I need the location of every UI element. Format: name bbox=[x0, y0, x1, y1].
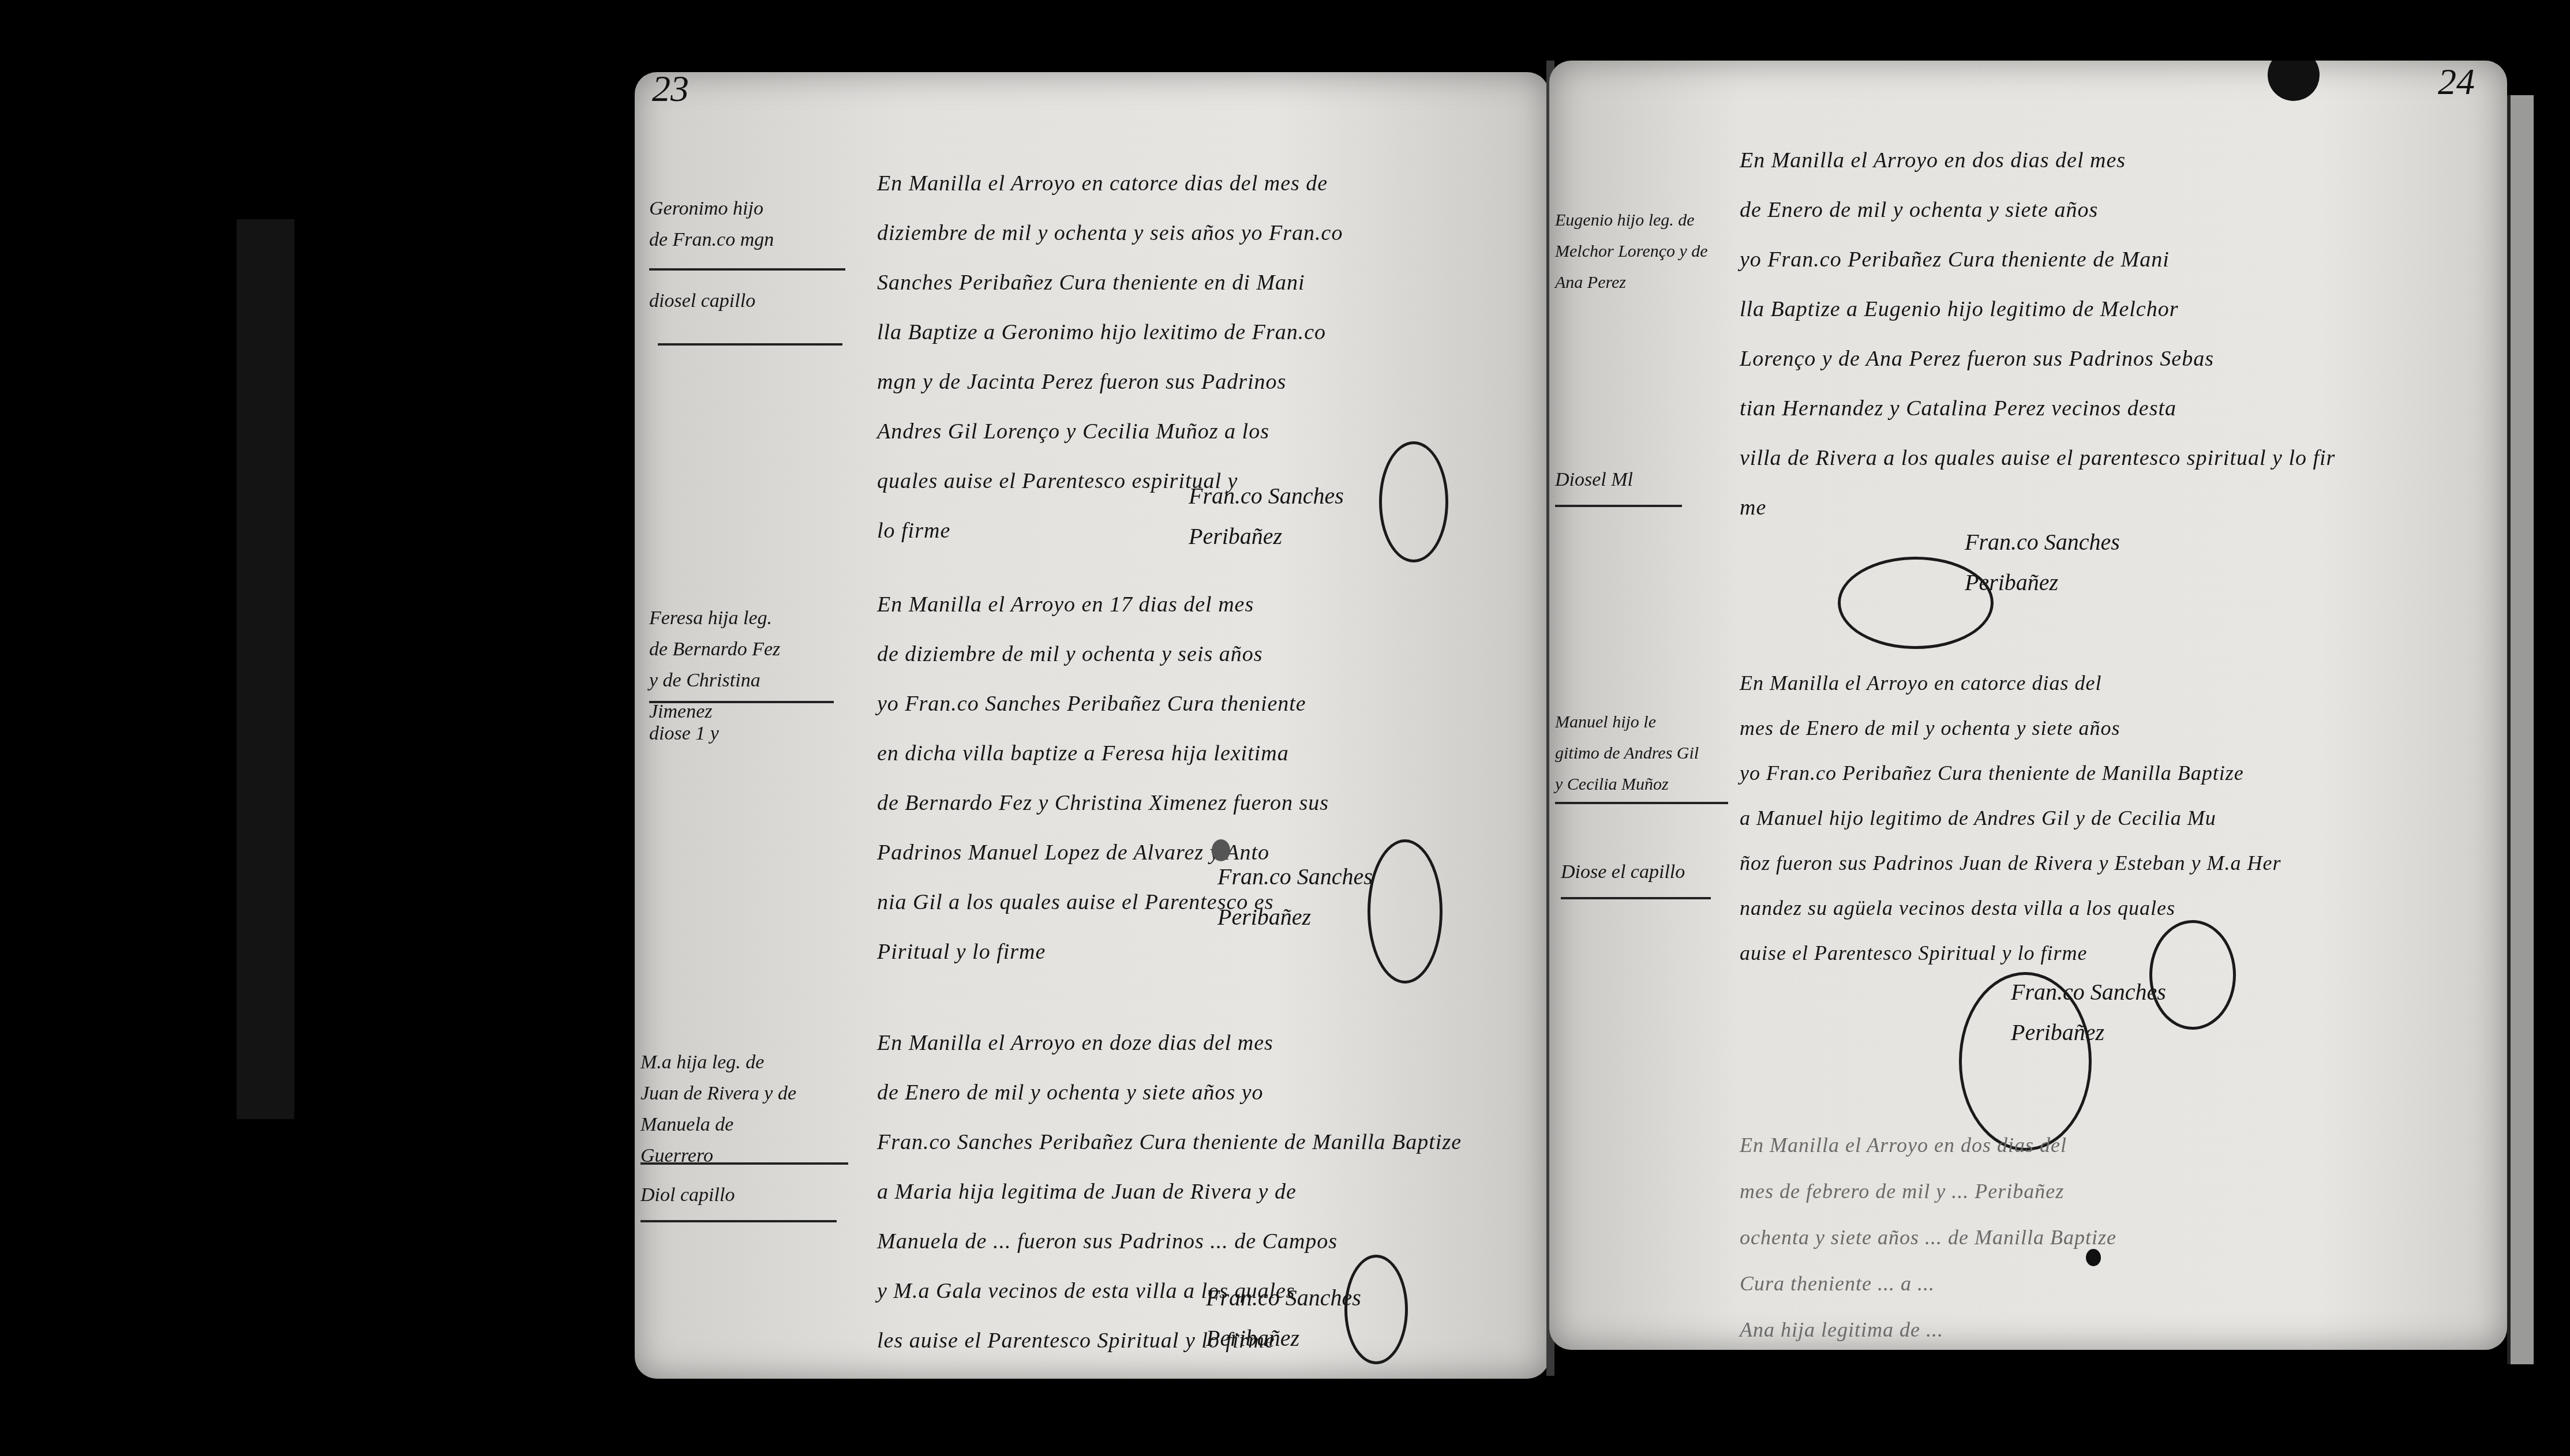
margin-child-name: M.a hija leg. de Juan de Rivera y de Man… bbox=[640, 1047, 860, 1172]
margin-fee-note: diosel capillo bbox=[649, 286, 857, 317]
margin-child-name: Feresa hija leg. de Bernardo Fez y de Ch… bbox=[649, 603, 857, 727]
margin-fee-note: Diosel Ml bbox=[1555, 464, 1728, 496]
signature-flourish bbox=[2149, 920, 2236, 1030]
margin-fee-note: Diol capillo bbox=[640, 1180, 848, 1211]
margin-fee-note: Diose el capillo bbox=[1561, 857, 1734, 888]
open-register-book: 23 Geronimo hijo de Fran.co mgn diosel c… bbox=[629, 61, 2516, 1382]
signature-flourish bbox=[1838, 557, 1994, 649]
divider bbox=[649, 701, 834, 703]
priest-signature: Fran.co Sanches Peribañez bbox=[1965, 522, 2219, 603]
divider bbox=[640, 1220, 837, 1222]
ink-stain bbox=[2268, 61, 2320, 101]
divider bbox=[1555, 505, 1682, 507]
baptism-entry-text: En Manilla el Arroyo en catorce dias del… bbox=[1740, 661, 2478, 975]
divider bbox=[649, 268, 845, 271]
divider bbox=[658, 343, 842, 346]
signature-flourish bbox=[1368, 839, 1443, 984]
divider bbox=[1561, 897, 1711, 899]
ink-stain bbox=[2086, 1249, 2101, 1266]
ink-stain bbox=[1212, 839, 1230, 861]
faded-baptism-entry-text: En Manilla el Arroyo en dos dias del mes… bbox=[1740, 1122, 2461, 1350]
left-page: 23 Geronimo hijo de Fran.co mgn diosel c… bbox=[635, 72, 1549, 1379]
right-page: 24 Eugenio hijo leg. de Melchor Lorenço … bbox=[1549, 61, 2507, 1350]
page-edges bbox=[2507, 95, 2534, 1364]
page-number: 24 bbox=[2438, 61, 2475, 103]
signature-flourish bbox=[1344, 1255, 1408, 1364]
margin-child-name: Manuel hijo le gitimo de Andres Gil y Ce… bbox=[1555, 707, 1740, 800]
margin-fee-note: diose 1 y bbox=[649, 718, 857, 749]
divider bbox=[1555, 802, 1728, 804]
page-number: 23 bbox=[652, 72, 689, 110]
signature-flourish bbox=[1379, 441, 1448, 562]
binding-stub bbox=[237, 219, 294, 1119]
divider bbox=[640, 1162, 848, 1165]
baptism-entry-text: En Manilla el Arroyo en dos dias del mes… bbox=[1740, 136, 2478, 532]
margin-child-name: Geronimo hijo de Fran.co mgn bbox=[649, 193, 857, 256]
margin-child-name: Eugenio hijo leg. de Melchor Lorenço y d… bbox=[1555, 205, 1728, 298]
